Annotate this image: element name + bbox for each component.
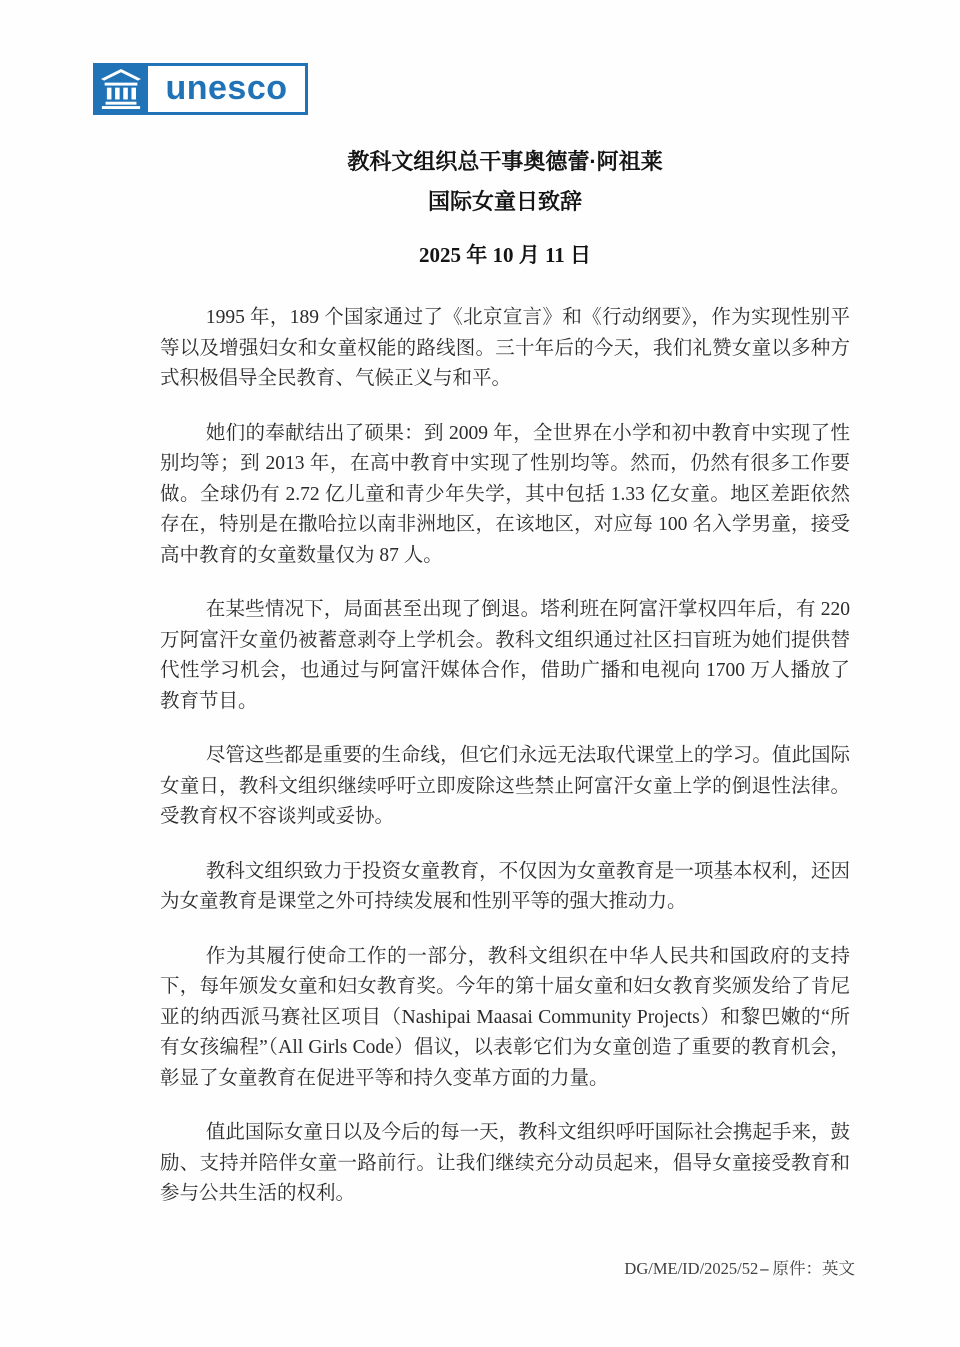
paragraph: 尽管这些都是重要的生命线，但它们永远无法取代课堂上的学习。值此国际女童日，教科文… — [160, 741, 850, 833]
document-title-line2: 国际女童日致辞 — [160, 188, 850, 215]
document-code: DG/ME/ID/2025/52 — [624, 1259, 758, 1278]
reference-separator: – — [758, 1259, 772, 1278]
document-content: 教科文组织总干事奥德蕾·阿祖莱 国际女童日致辞 2025 年 10 月 11 日… — [0, 0, 960, 1210]
paragraph: 在某些情况下，局面甚至出现了倒退。塔利班在阿富汗掌权四年后，有 220 万阿富汗… — [160, 595, 850, 717]
paragraph: 她们的奉献结出了硕果：到 2009 年，全世界在小学和初中教育中实现了性别均等；… — [160, 419, 850, 572]
document-page: unesco 教科文组织总干事奥德蕾·阿祖莱 国际女童日致辞 2025 年 10… — [0, 0, 960, 1347]
unesco-wordmark: unesco — [165, 71, 287, 108]
document-title-line1: 教科文组织总干事奥德蕾·阿祖莱 — [160, 148, 850, 175]
paragraph: 1995 年，189 个国家通过了《北京宣言》和《行动纲要》，作为实现性别平等以… — [160, 303, 850, 395]
document-date: 2025 年 10 月 11 日 — [160, 243, 850, 267]
unesco-wordmark-box: unesco — [148, 63, 308, 115]
paragraph: 作为其履行使命工作的一部分，教科文组织在中华人民共和国政府的支持下，每年颁发女童… — [160, 942, 850, 1095]
paragraph: 教科文组织致力于投资女童教育，不仅因为女童教育是一项基本权利，还因为女童教育是课… — [160, 857, 850, 918]
unesco-temple-icon — [93, 63, 148, 115]
unesco-logo: unesco — [93, 63, 308, 115]
document-body: 1995 年，189 个国家通过了《北京宣言》和《行动纲要》，作为实现性别平等以… — [160, 303, 850, 1210]
document-reference: DG/ME/ID/2025/52–原件：英文 — [624, 1258, 855, 1280]
paragraph: 值此国际女童日以及今后的每一天，教科文组织呼吁国际社会携起手来，鼓励、支持并陪伴… — [160, 1118, 850, 1210]
original-language-label: 原件：英文 — [773, 1259, 856, 1278]
